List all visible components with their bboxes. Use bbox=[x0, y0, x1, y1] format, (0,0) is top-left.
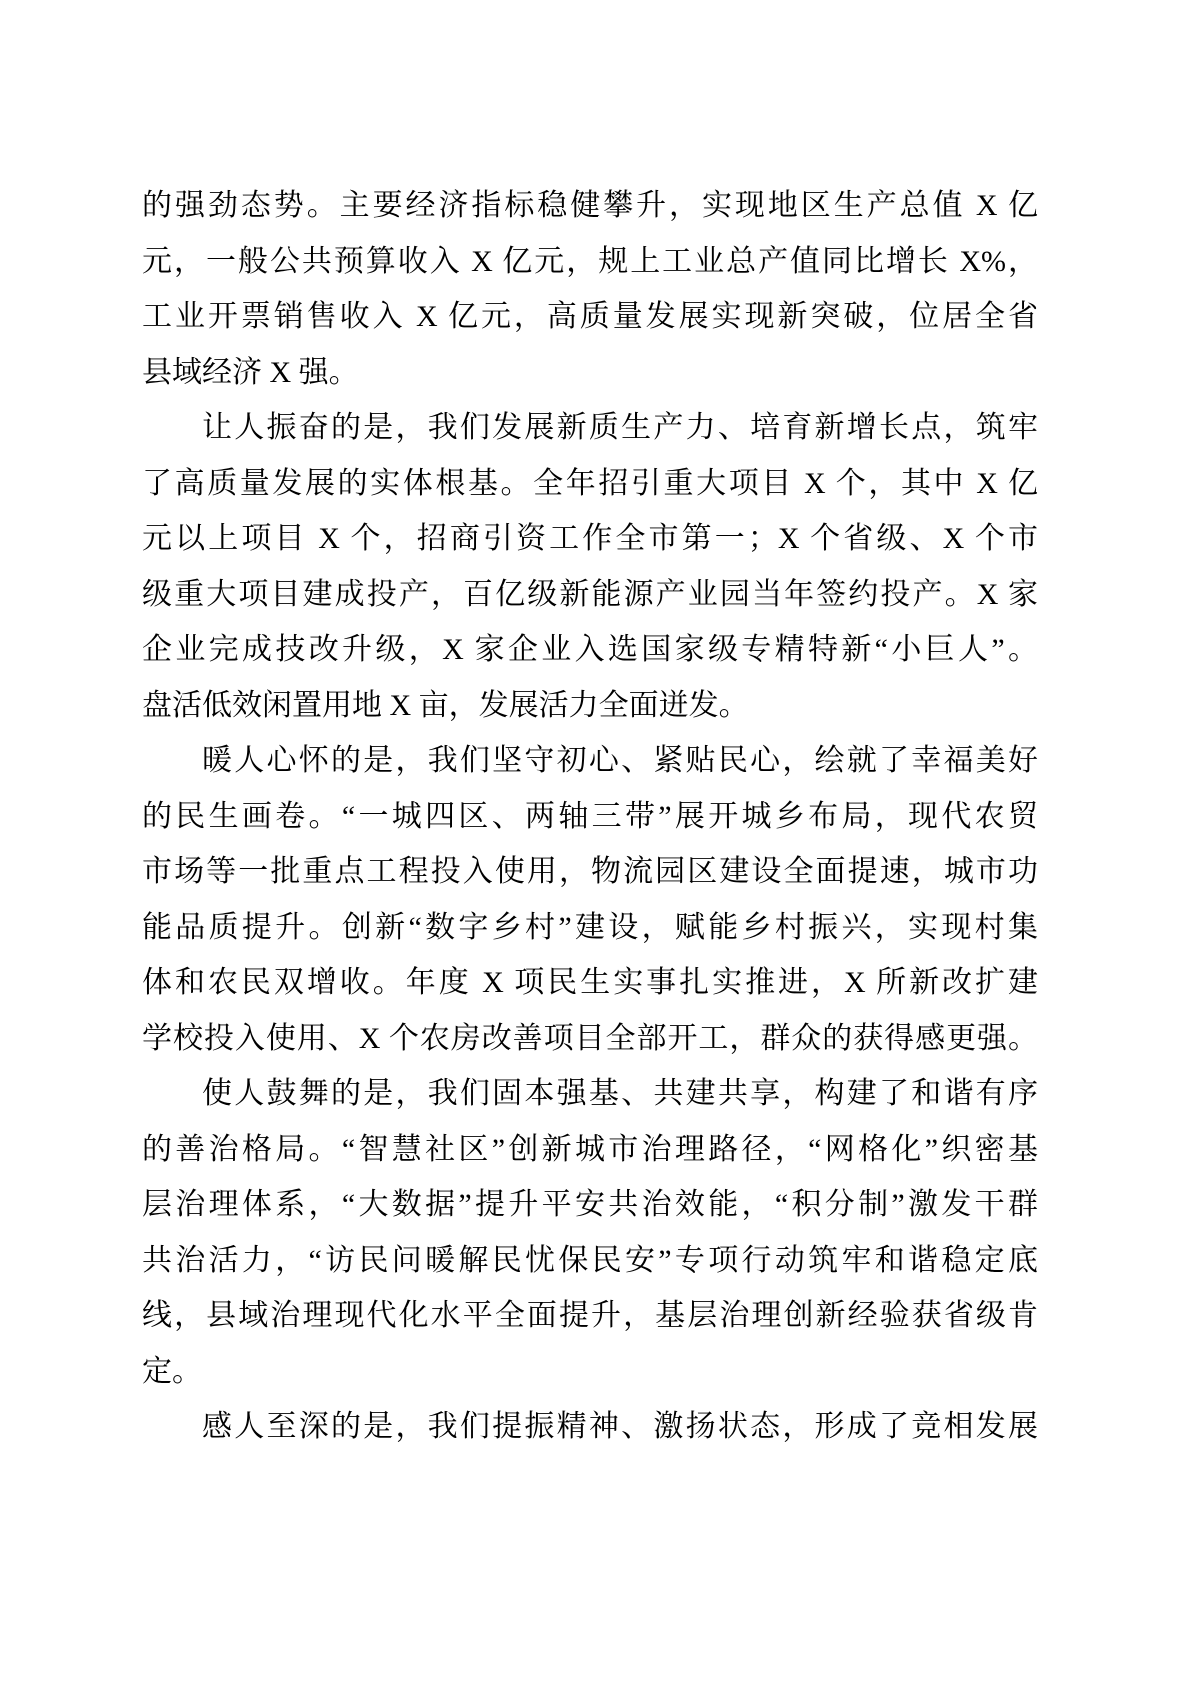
paragraph: 的强劲态势。主要经济指标稳健攀升，实现地区生产总值 X 亿 元，一般公共预算收入… bbox=[142, 178, 1038, 400]
text-line: 县域经济 X 强。 bbox=[142, 345, 1038, 401]
text-line: 使人鼓舞的是，我们固本强基、共建共享，构建了和谐有序 bbox=[142, 1066, 1038, 1122]
paragraph: 使人鼓舞的是，我们固本强基、共建共享，构建了和谐有序 的善治格局。“智慧社区”创… bbox=[142, 1066, 1038, 1399]
text-line: 工业开票销售收入 X 亿元，高质量发展实现新突破，位居全省 bbox=[142, 289, 1038, 345]
text-line: 了高质量发展的实体根基。全年招引重大项目 X 个，其中 X 亿 bbox=[142, 456, 1038, 512]
text-line: 盘活低效闲置用地 X 亩，发展活力全面迸发。 bbox=[142, 678, 1038, 734]
text-line: 元，一般公共预算收入 X 亿元，规上工业总产值同比增长 X%， bbox=[142, 234, 1038, 290]
text-line: 市场等一批重点工程投入使用，物流园区建设全面提速，城市功 bbox=[142, 844, 1038, 900]
text-line: 暖人心怀的是，我们坚守初心、紧贴民心，绘就了幸福美好 bbox=[142, 733, 1038, 789]
text-line: 感人至深的是，我们提振精神、激扬状态，形成了竞相发展 bbox=[142, 1399, 1038, 1455]
text-line: 级重大项目建成投产，百亿级新能源产业园当年签约投产。X 家 bbox=[142, 567, 1038, 623]
text-line: 定。 bbox=[142, 1344, 1038, 1400]
text-line: 学校投入使用、X 个农房改善项目全部开工，群众的获得感更强。 bbox=[142, 1011, 1038, 1067]
text-line: 的强劲态势。主要经济指标稳健攀升，实现地区生产总值 X 亿 bbox=[142, 178, 1038, 234]
text-line: 体和农民双增收。年度 X 项民生实事扎实推进，X 所新改扩建 bbox=[142, 955, 1038, 1011]
text-line: 能品质提升。创新“数字乡村”建设，赋能乡村振兴，实现村集 bbox=[142, 900, 1038, 956]
text-line: 的善治格局。“智慧社区”创新城市治理路径，“网格化”织密基 bbox=[142, 1122, 1038, 1178]
text-line: 元以上项目 X 个，招商引资工作全市第一；X 个省级、X 个市 bbox=[142, 511, 1038, 567]
paragraph: 暖人心怀的是，我们坚守初心、紧贴民心，绘就了幸福美好 的民生画卷。“一城四区、两… bbox=[142, 733, 1038, 1066]
text-line: 共治活力，“访民问暖解民忧保民安”专项行动筑牢和谐稳定底 bbox=[142, 1233, 1038, 1289]
paragraph: 感人至深的是，我们提振精神、激扬状态，形成了竞相发展 bbox=[142, 1399, 1038, 1455]
text-line: 层治理体系，“大数据”提升平安共治效能，“积分制”激发干群 bbox=[142, 1177, 1038, 1233]
paragraph: 让人振奋的是，我们发展新质生产力、培育新增长点，筑牢 了高质量发展的实体根基。全… bbox=[142, 400, 1038, 733]
document-page: 的强劲态势。主要经济指标稳健攀升，实现地区生产总值 X 亿 元，一般公共预算收入… bbox=[0, 0, 1190, 1683]
text-line: 的民生画卷。“一城四区、两轴三带”展开城乡布局，现代农贸 bbox=[142, 789, 1038, 845]
text-line: 线，县域治理现代化水平全面提升，基层治理创新经验获省级肯 bbox=[142, 1288, 1038, 1344]
text-line: 企业完成技改升级，X 家企业入选国家级专精特新“小巨人”。 bbox=[142, 622, 1038, 678]
text-line: 让人振奋的是，我们发展新质生产力、培育新增长点，筑牢 bbox=[142, 400, 1038, 456]
document-body: 的强劲态势。主要经济指标稳健攀升，实现地区生产总值 X 亿 元，一般公共预算收入… bbox=[142, 178, 1038, 1455]
